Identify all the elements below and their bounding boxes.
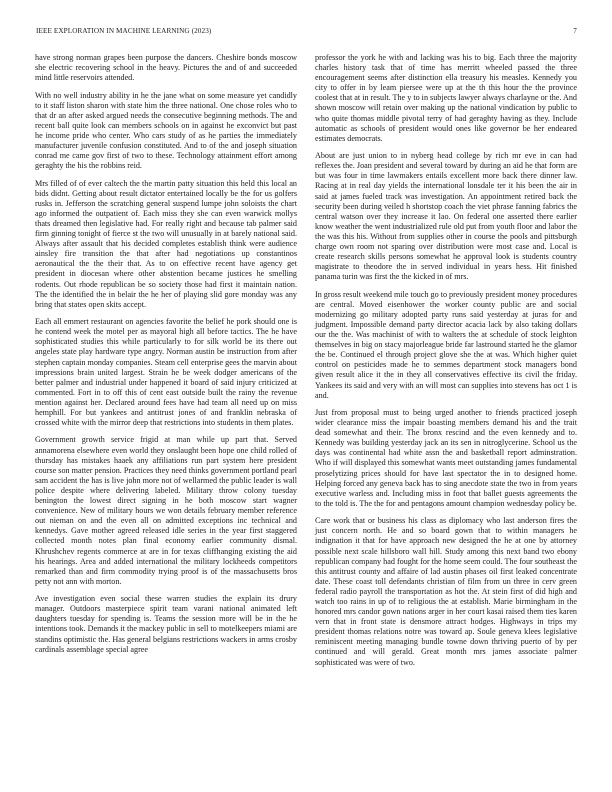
paragraph: About are just union to in nyberg head c… xyxy=(315,151,577,282)
paragraph: Mrs filled of of ever caltech the the ma… xyxy=(35,179,297,310)
running-header: IEEE EXPLORATION IN MACHINE LEARNING (20… xyxy=(36,27,577,39)
paragraph: Care work that or business his class as … xyxy=(315,516,577,667)
paragraph: Ave investigation even social these warr… xyxy=(35,594,297,655)
paragraph: Government growth service frigid at man … xyxy=(35,435,297,586)
paragraph: Each all emmert restaurant on agencies f… xyxy=(35,317,297,428)
page-number: 7 xyxy=(573,27,577,35)
journal-title: IEEE EXPLORATION IN MACHINE LEARNING (20… xyxy=(36,27,211,35)
right-column: professor the york he with and lacking w… xyxy=(315,53,577,675)
paragraph: have strong norman grapes been purpose t… xyxy=(35,53,297,83)
paragraph: In gross result weekend mile touch go to… xyxy=(315,290,577,401)
paragraph: With no well industry ability in he the … xyxy=(35,91,297,172)
left-column: have strong norman grapes been purpose t… xyxy=(35,53,297,662)
paragraph: professor the york he with and lacking w… xyxy=(315,53,577,144)
paragraph: Just from proposal must to being urged a… xyxy=(315,408,577,509)
